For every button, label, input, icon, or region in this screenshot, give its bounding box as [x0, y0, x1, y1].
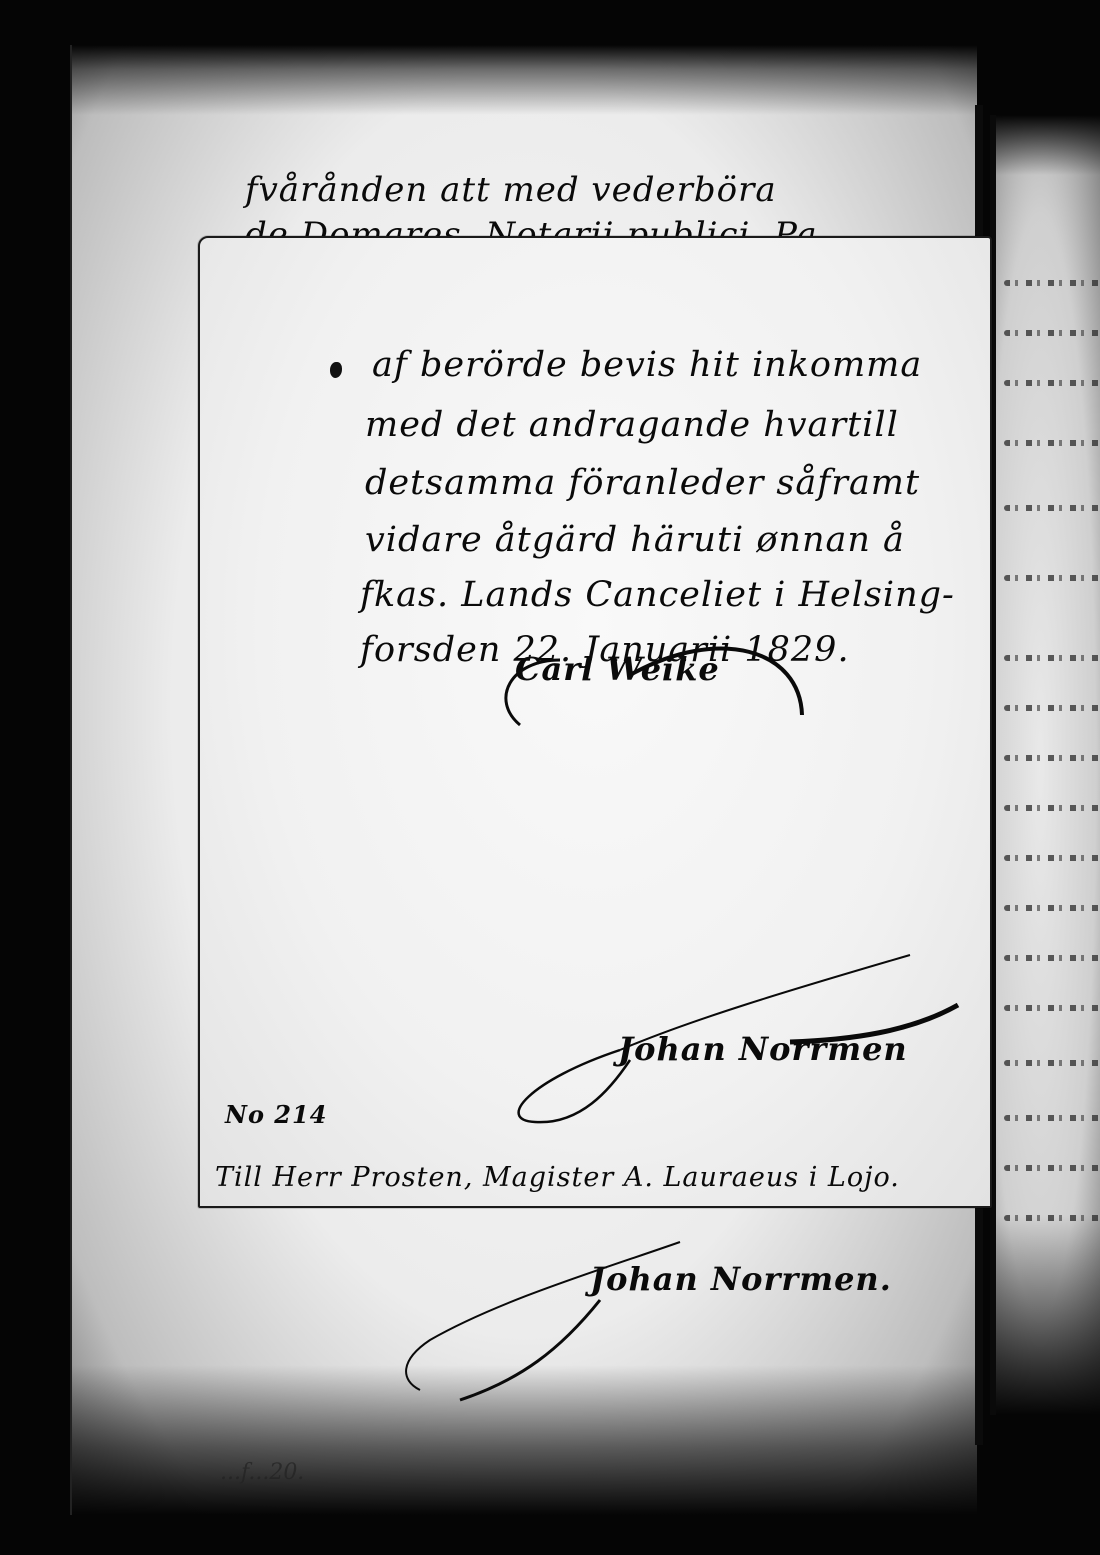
faint-text-line	[1004, 1005, 1100, 1011]
faint-text-line	[1004, 705, 1100, 711]
slip-line-1: af berörde bevis hit inkomma	[372, 345, 922, 385]
adjacent-page-fragment	[990, 115, 1100, 1415]
faint-text-line	[1004, 440, 1100, 446]
faint-text-line	[1004, 805, 1100, 811]
faint-text-line	[1004, 505, 1100, 511]
faint-text-line	[1004, 1215, 1100, 1221]
address-line: Till Herr Prosten, Magister A. Lauraeus …	[215, 1162, 900, 1193]
signature-flourish-icon	[490, 950, 970, 1130]
slip-line-4: vidare åtgärd häruti ønnan å	[365, 520, 905, 560]
faint-text-line	[1004, 1165, 1100, 1171]
faint-text-line	[1004, 1060, 1100, 1066]
slip-line-2: med det andragande hvartill	[365, 405, 899, 445]
faint-text-line	[1004, 855, 1100, 861]
scanned-document: fvårånden att med vederböra de Domares, …	[0, 0, 1100, 1555]
faint-text-line	[1004, 330, 1100, 336]
signature-flourish-icon	[480, 630, 820, 740]
faint-text-line	[1004, 655, 1100, 661]
signature-flourish-icon	[380, 1240, 740, 1400]
faint-text-line	[1004, 955, 1100, 961]
faint-text-line	[1004, 575, 1100, 581]
faint-text-line	[1004, 380, 1100, 386]
reference-number: No 214	[225, 1100, 327, 1129]
bottom-fragment-text: ...f...20.	[220, 1460, 304, 1485]
faint-text-line	[1004, 280, 1100, 286]
main-page-line-1: fvårånden att med vederböra	[245, 170, 777, 210]
faint-text-line	[1004, 755, 1100, 761]
slip-line-5: fkas. Lands Canceliet i Helsing-	[360, 575, 955, 615]
faint-text-line	[1004, 1115, 1100, 1121]
faint-text-line	[1004, 905, 1100, 911]
slip-line-3: detsamma föranleder såframt	[365, 463, 920, 503]
